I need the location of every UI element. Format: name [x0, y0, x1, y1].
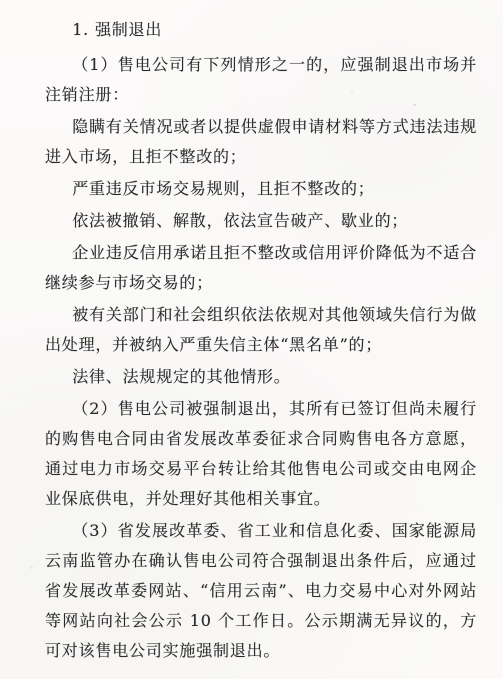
paragraph-condition-rule-violation: 严重违反市场交易规则，且拒不整改的；: [45, 174, 477, 204]
scan-speck: [30, 566, 33, 569]
paragraph-condition-concealment: 隐瞒有关情况或者以提供虚假申请材料等方式违法违规进入市场，且拒不整改的；: [45, 112, 477, 172]
section-heading-forced-exit: 1. 强制退出: [45, 15, 477, 45]
paragraph-condition-other-legal: 法律、法规规定的其他情形。: [45, 362, 477, 392]
paragraph-condition-revoked-dissolved: 依法被撤销、解散，依法宣告破产、歇业的；: [45, 206, 477, 236]
paragraph-item-1-conditions-intro: （1）售电公司有下列情形之一的，应强制退出市场并注销注册：: [45, 50, 477, 110]
paragraph-condition-blacklist: 被有关部门和社会组织依法依规对其他领域失信行为做出处理，并被纳入严重失信主体“黑…: [45, 300, 477, 360]
scanned-document-page: 1. 强制退出 （1）售电公司有下列情形之一的，应强制退出市场并注销注册： 隐瞒…: [0, 0, 503, 679]
paragraph-item-3-public-notice: （3）省发展改革委、省工业和信息化委、国家能源局云南监管办在确认售电公司符合强制…: [45, 516, 477, 666]
paragraph-item-2-contract-transfer: （2）售电公司被强制退出，其所有已签订但尚未履行的购售电合同由省发展改革委征求合…: [45, 394, 477, 514]
paragraph-condition-credit-breach: 企业违反信用承诺且拒不整改或信用评价降低为不适合继续参与市场交易的；: [45, 238, 477, 298]
